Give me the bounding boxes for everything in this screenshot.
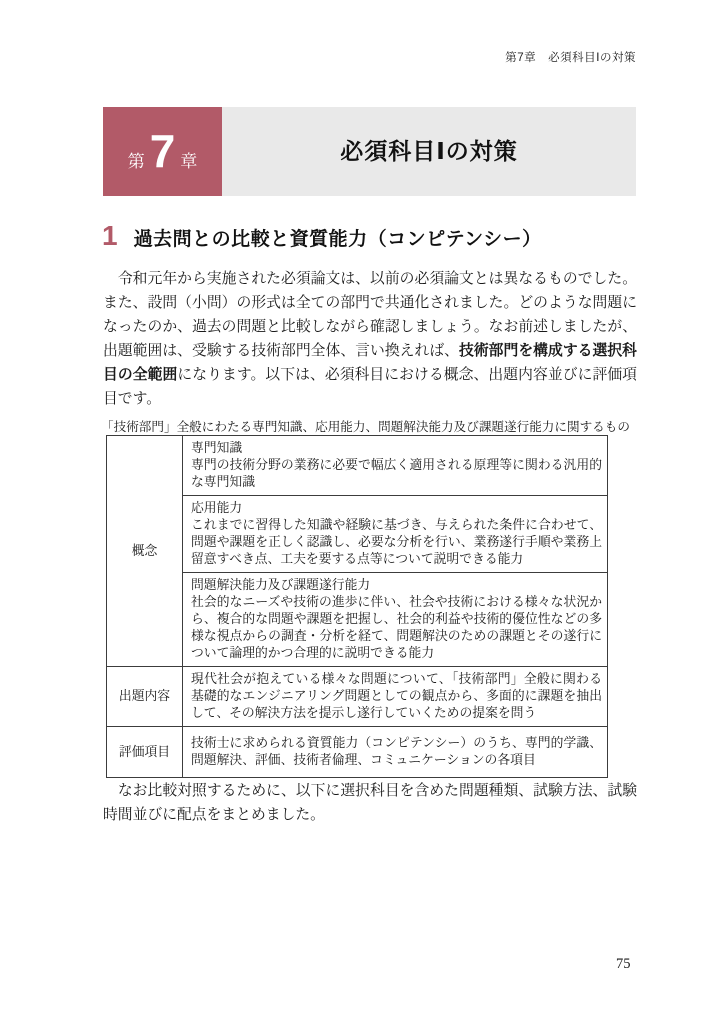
competency-table: 概念 専門知識 専門の技術分野の業務に必要で幅広く適用される原理等に関わる汎用的… bbox=[106, 435, 608, 778]
running-header: 第7章 必須科目Ⅰの対策 bbox=[505, 49, 636, 65]
section-heading: 1 過去問との比較と資質能力（コンピテンシー） bbox=[102, 221, 636, 251]
chapter-title-bar: 必須科目Ⅰの対策 bbox=[222, 107, 636, 196]
cell-body: これまでに習得した知識や経験に基づき、与えられた条件に合わせて、問題や課題を正し… bbox=[191, 517, 602, 568]
table-row: 出題内容 現代社会が抱えている様々な問題について、「技術部門」全般に関わる基礎的… bbox=[107, 667, 608, 727]
criteria-cell: 技術士に求められる資質能力（コンピテンシー）のうち、専門的学識、問題解決、評価、… bbox=[183, 727, 608, 778]
chapter-number-box: 第7章 bbox=[103, 107, 222, 196]
table-row: 応用能力 これまでに習得した知識や経験に基づき、与えられた条件に合わせて、問題や… bbox=[107, 496, 608, 573]
cell-body: 社会的なニーズや技術の進歩に伴い、社会や技術における様々な状況から、複合的な問題… bbox=[191, 594, 602, 662]
intro-paragraph: 令和元年から実施された必須論文は、以前の必須論文とは異なるものでした。また、設問… bbox=[103, 267, 637, 411]
book-page: 第7章 必須科目Ⅰの対策 第7章 必須科目Ⅰの対策 1 過去問との比較と資質能力… bbox=[0, 0, 723, 1024]
row-header-content: 出題内容 bbox=[107, 667, 183, 727]
cell-title: 問題解決能力及び課題遂行能力 bbox=[191, 577, 602, 594]
table-row: 評価項目 技術士に求められる資質能力（コンピテンシー）のうち、専門的学識、問題解… bbox=[107, 727, 608, 778]
page-number: 75 bbox=[616, 956, 631, 973]
outro-paragraph: なお比較対照するために、以下に選択科目を含めた問題種類、試験方法、試験時間並びに… bbox=[103, 779, 637, 827]
chapter-label-prefix: 第 bbox=[128, 152, 145, 171]
cell-title: 応用能力 bbox=[191, 500, 602, 517]
section-number: 1 bbox=[102, 221, 118, 251]
content-cell: 現代社会が抱えている様々な問題について、「技術部門」全般に関わる基礎的なエンジニ… bbox=[183, 667, 608, 727]
chapter-title: 必須科目Ⅰの対策 bbox=[340, 138, 518, 164]
row-header-criteria: 評価項目 bbox=[107, 727, 183, 778]
concept-cell-application: 応用能力 これまでに習得した知識や経験に基づき、与えられた条件に合わせて、問題や… bbox=[183, 496, 608, 573]
section-title: 過去問との比較と資質能力（コンピテンシー） bbox=[134, 224, 542, 251]
cell-body: 専門の技術分野の業務に必要で幅広く適用される原理等に関わる汎用的な専門知識 bbox=[191, 457, 602, 491]
table-row: 問題解決能力及び課題遂行能力 社会的なニーズや技術の進歩に伴い、社会や技術におけ… bbox=[107, 573, 608, 667]
row-header-concept: 概念 bbox=[107, 436, 183, 667]
cell-title: 専門知識 bbox=[191, 440, 602, 457]
intro-text-tail: になります。以下は、必須科目における概念、出題内容並びに評価項目です。 bbox=[103, 367, 637, 407]
chapter-label-suffix: 章 bbox=[180, 152, 197, 171]
concept-cell-expertise: 専門知識 専門の技術分野の業務に必要で幅広く適用される原理等に関わる汎用的な専門… bbox=[183, 436, 608, 496]
concept-cell-problem-solving: 問題解決能力及び課題遂行能力 社会的なニーズや技術の進歩に伴い、社会や技術におけ… bbox=[183, 573, 608, 667]
chapter-banner: 第7章 必須科目Ⅰの対策 bbox=[103, 107, 636, 196]
table-caption: 「技術部門」全般にわたる専門知識、応用能力、問題解決能力及び課題遂行能力に関する… bbox=[101, 416, 630, 435]
table-row: 概念 専門知識 専門の技術分野の業務に必要で幅広く適用される原理等に関わる汎用的… bbox=[107, 436, 608, 496]
chapter-number: 7 bbox=[145, 125, 181, 177]
